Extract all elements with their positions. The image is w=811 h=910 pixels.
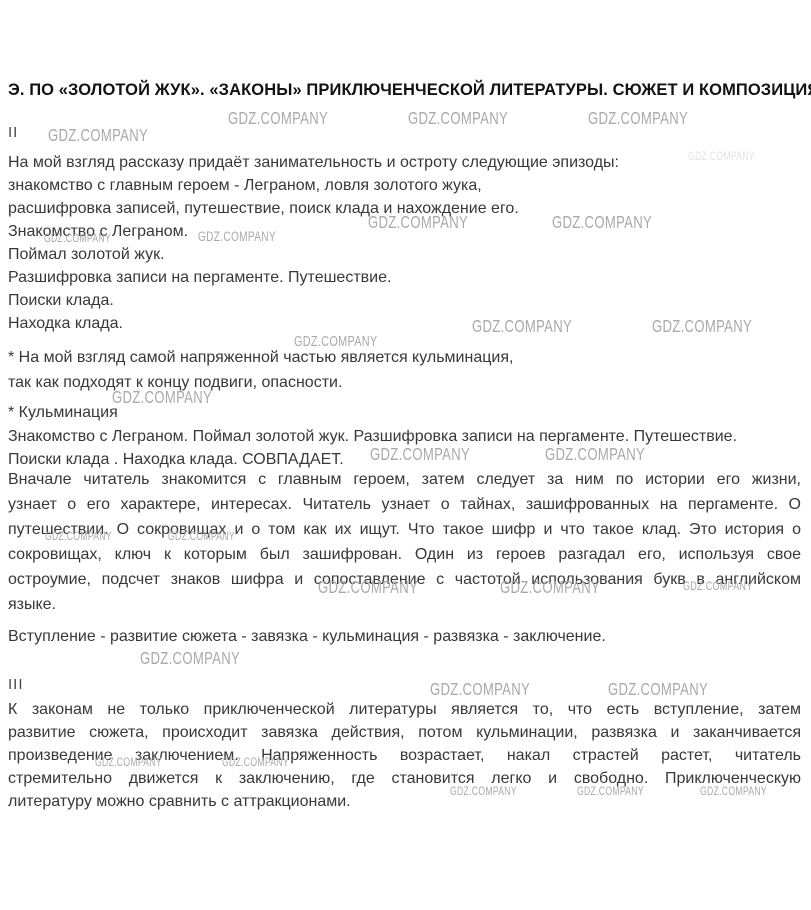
text-line: На мой взгляд рассказу придаёт занимател… xyxy=(8,153,801,176)
text-line: литературу можно сравнить с аттракционам… xyxy=(8,792,801,815)
text-line: Знакомство с Леграном. xyxy=(8,222,801,245)
text-line: знакомство с главным героем - Леграном, … xyxy=(8,176,801,199)
text-line: расшифровка записей, путешествие, поиск … xyxy=(8,199,801,222)
section-label-ii: II xyxy=(8,124,801,141)
analysis-paragraph: Вначале читатель знакомится с главным ге… xyxy=(8,470,801,620)
plan-check: Знакомство с Леграном. Поймал золотой жу… xyxy=(8,427,801,473)
laws-paragraph: К законам не только приключенческой лите… xyxy=(8,700,801,815)
section-label-iii: III xyxy=(8,676,801,693)
composition-scheme: Вступление - развитие сюжета - завязка -… xyxy=(8,628,801,646)
text-line: узнает о его характере, интересах. Читат… xyxy=(8,495,801,520)
text-line: так как подходят к концу подвиги, опасно… xyxy=(8,373,801,398)
text-line: Поиски клада. xyxy=(8,291,801,314)
text-line: К законам не только приключенческой лите… xyxy=(8,700,801,723)
text-line: Знакомство с Леграном. Поймал золотой жу… xyxy=(8,427,801,450)
text-line: Разшифровка записи на пергаменте. Путеше… xyxy=(8,268,801,291)
text-line: произведение заключением. Напряженность … xyxy=(8,746,801,769)
gdz-company-watermark: GDZ.COMPANY xyxy=(140,648,240,669)
document-page: Э. ПО «ЗОЛОТОЙ ЖУК». «ЗАКОНЫ» ПРИКЛЮЧЕНЧ… xyxy=(0,0,811,910)
text-line: сокровищах, ключ к которым был зашифрова… xyxy=(8,545,801,570)
text-line: остроумие, подсчет знаков шифра и сопост… xyxy=(8,570,801,595)
text-line: Вначале читатель знакомится с главным ге… xyxy=(8,470,801,495)
text-line: Поймал золотой жук. xyxy=(8,245,801,268)
text-line: путешествии. О сокровищах и о том как их… xyxy=(8,520,801,545)
episodes-list: На мой взгляд рассказу придаёт занимател… xyxy=(8,153,801,337)
page-title: Э. ПО «ЗОЛОТОЙ ЖУК». «ЗАКОНЫ» ПРИКЛЮЧЕНЧ… xyxy=(8,81,801,100)
text-line: * На мой взгляд самой напряженной частью… xyxy=(8,348,801,373)
text-line: Находка клада. xyxy=(8,314,801,337)
text-line: языке. xyxy=(8,595,801,620)
tension-note: * На мой взгляд самой напряженной частью… xyxy=(8,348,801,398)
climax-marker: * Кульминация xyxy=(8,404,801,422)
text-line: стремительно движется к заключению, где … xyxy=(8,769,801,792)
text-line: развитие сюжета, происходит завязка дейс… xyxy=(8,723,801,746)
